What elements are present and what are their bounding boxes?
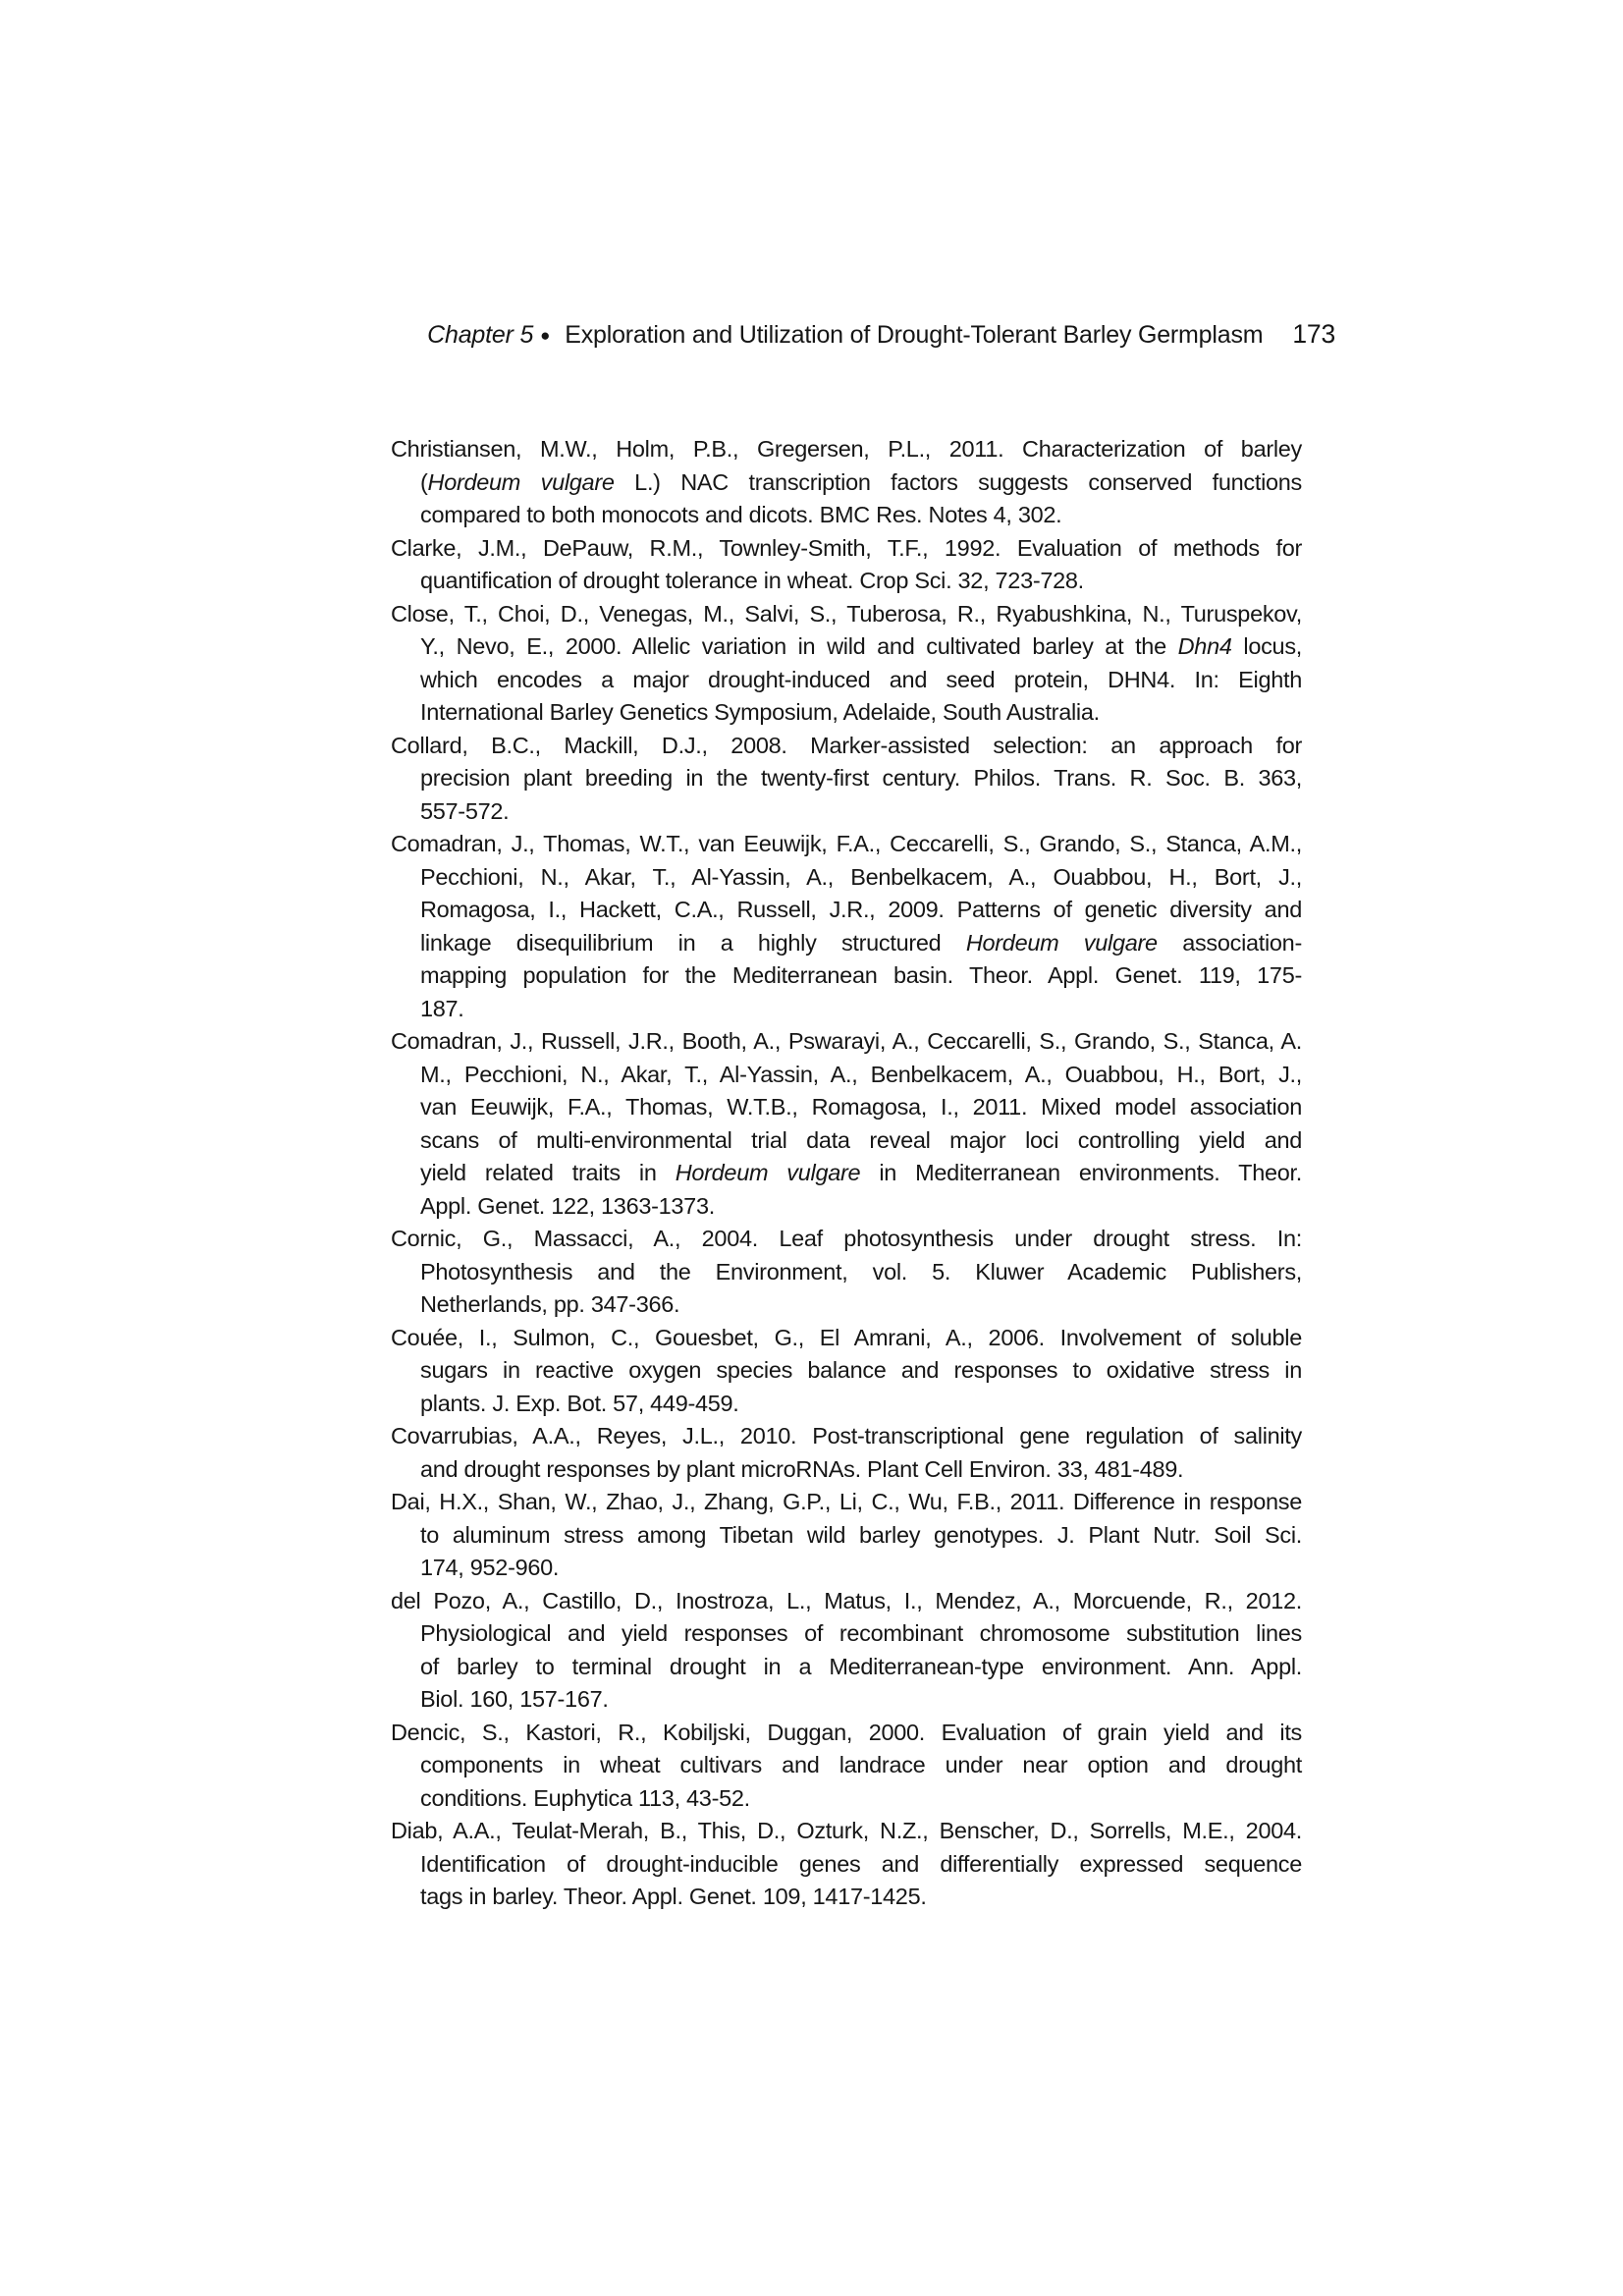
text-segment: Y., Nevo, E., 2000. Allelic variation in… xyxy=(420,633,1178,659)
text-segment: Dencic, S., Kastori, R., Kobiljski, Dugg… xyxy=(391,1720,1302,1745)
text-segment: Close, T., Choi, D., Venegas, M., Salvi,… xyxy=(391,601,1302,627)
reference-line: Romagosa, I., Hackett, C.A., Russell, J.… xyxy=(420,894,1302,927)
text-segment: Physiological and yield responses of rec… xyxy=(420,1620,1302,1646)
text-segment: Comadran, J., Russell, J.R., Booth, A., … xyxy=(391,1028,1302,1054)
text-segment: sugars in reactive oxygen species balanc… xyxy=(420,1357,1302,1383)
reference-line: sugars in reactive oxygen species balanc… xyxy=(420,1354,1302,1388)
text-segment: and drought responses by plant microRNAs… xyxy=(420,1456,1183,1482)
reference-entry: Comadran, J., Thomas, W.T., van Eeuwijk,… xyxy=(391,828,1302,1025)
text-segment: Diab, A.A., Teulat-Merah, B., This, D., … xyxy=(391,1818,1302,1843)
text-segment: Collard, B.C., Mackill, D.J., 2008. Mark… xyxy=(391,733,1302,758)
text-segment: 557-572. xyxy=(420,798,509,824)
running-header: Chapter 5●Exploration and Utilization of… xyxy=(427,317,1335,353)
text-segment: which encodes a major drought-induced an… xyxy=(420,667,1302,692)
text-segment: Appl. Genet. 122, 1363-1373. xyxy=(420,1193,715,1219)
text-segment: of barley to terminal drought in a Medit… xyxy=(420,1654,1302,1679)
reference-line: Appl. Genet. 122, 1363-1373. xyxy=(420,1190,1302,1224)
text-segment: to aluminum stress among Tibetan wild ba… xyxy=(420,1522,1302,1548)
text-segment: Dai, H.X., Shan, W., Zhao, J., Zhang, G.… xyxy=(391,1489,1302,1514)
reference-line: Clarke, J.M., DePauw, R.M., Townley-Smit… xyxy=(391,532,1302,566)
reference-line: Comadran, J., Thomas, W.T., van Eeuwijk,… xyxy=(391,828,1302,861)
reference-line: to aluminum stress among Tibetan wild ba… xyxy=(420,1519,1302,1553)
text-segment: ( xyxy=(420,469,428,495)
reference-line: 187. xyxy=(420,993,1302,1026)
reference-line: conditions. Euphytica 113, 43-52. xyxy=(420,1782,1302,1816)
reference-line: International Barley Genetics Symposium,… xyxy=(420,696,1302,730)
reference-line: tags in barley. Theor. Appl. Genet. 109,… xyxy=(420,1881,1302,1914)
text-segment: del Pozo, A., Castillo, D., Inostroza, L… xyxy=(391,1588,1302,1613)
italic-text-segment: Dhn4 xyxy=(1178,633,1232,659)
text-segment: Covarrubias, A.A., Reyes, J.L., 2010. Po… xyxy=(391,1423,1302,1449)
reference-line: 557-572. xyxy=(420,795,1302,829)
reference-entry: Diab, A.A., Teulat-Merah, B., This, D., … xyxy=(391,1815,1302,1914)
text-segment: locus, xyxy=(1232,633,1302,659)
text-segment: compared to both monocots and dicots. BM… xyxy=(420,502,1061,527)
bullet-separator-icon: ● xyxy=(540,319,550,353)
text-segment: yield related traits in xyxy=(420,1160,676,1185)
reference-entry: Close, T., Choi, D., Venegas, M., Salvi,… xyxy=(391,598,1302,730)
text-segment: M., Pecchioni, N., Akar, T., Al-Yassin, … xyxy=(420,1062,1302,1087)
reference-line: Identification of drought-inducible gene… xyxy=(420,1848,1302,1882)
text-segment: van Eeuwijk, F.A., Thomas, W.T.B., Romag… xyxy=(420,1094,1302,1120)
reference-line: van Eeuwijk, F.A., Thomas, W.T.B., Romag… xyxy=(420,1091,1302,1124)
reference-line: Photosynthesis and the Environment, vol.… xyxy=(420,1256,1302,1289)
reference-entry: Comadran, J., Russell, J.R., Booth, A., … xyxy=(391,1025,1302,1223)
reference-line: Biol. 160, 157-167. xyxy=(420,1683,1302,1717)
text-segment: Couée, I., Sulmon, C., Gouesbet, G., El … xyxy=(391,1325,1302,1350)
text-segment: International Barley Genetics Symposium,… xyxy=(420,699,1100,725)
italic-text-segment: Hordeum vulgare xyxy=(966,930,1158,956)
reference-line: quantification of drought tolerance in w… xyxy=(420,565,1302,598)
text-segment: Photosynthesis and the Environment, vol.… xyxy=(420,1259,1302,1285)
reference-line: Y., Nevo, E., 2000. Allelic variation in… xyxy=(420,630,1302,664)
reference-line: Couée, I., Sulmon, C., Gouesbet, G., El … xyxy=(391,1322,1302,1355)
text-segment: components in wheat cultivars and landra… xyxy=(420,1752,1302,1777)
book-page: Chapter 5●Exploration and Utilization of… xyxy=(0,0,1623,2296)
text-segment: 174, 952-960. xyxy=(420,1555,559,1580)
reference-line: compared to both monocots and dicots. BM… xyxy=(420,499,1302,532)
text-segment: Netherlands, pp. 347-366. xyxy=(420,1291,679,1317)
reference-line: Dencic, S., Kastori, R., Kobiljski, Dugg… xyxy=(391,1717,1302,1750)
reference-line: Pecchioni, N., Akar, T., Al-Yassin, A., … xyxy=(420,861,1302,895)
reference-line: Close, T., Choi, D., Venegas, M., Salvi,… xyxy=(391,598,1302,631)
reference-line: components in wheat cultivars and landra… xyxy=(420,1749,1302,1782)
italic-text-segment: Hordeum vulgare xyxy=(676,1160,861,1185)
text-segment: scans of multi-environmental trial data … xyxy=(420,1127,1302,1153)
reference-line: Diab, A.A., Teulat-Merah, B., This, D., … xyxy=(391,1815,1302,1848)
text-segment: Cornic, G., Massacci, A., 2004. Leaf pho… xyxy=(391,1226,1302,1251)
text-segment: precision plant breeding in the twenty-f… xyxy=(420,765,1302,791)
text-segment: Pecchioni, N., Akar, T., Al-Yassin, A., … xyxy=(420,864,1302,890)
text-segment: Identification of drought-inducible gene… xyxy=(420,1851,1302,1877)
text-segment: Comadran, J., Thomas, W.T., van Eeuwijk,… xyxy=(391,831,1302,856)
text-segment: Clarke, J.M., DePauw, R.M., Townley-Smit… xyxy=(391,535,1302,561)
text-segment: Romagosa, I., Hackett, C.A., Russell, J.… xyxy=(420,897,1302,922)
reference-line: precision plant breeding in the twenty-f… xyxy=(420,762,1302,795)
reference-line: scans of multi-environmental trial data … xyxy=(420,1124,1302,1158)
reference-line: M., Pecchioni, N., Akar, T., Al-Yassin, … xyxy=(420,1059,1302,1092)
reference-line: Physiological and yield responses of rec… xyxy=(420,1617,1302,1651)
reference-line: Covarrubias, A.A., Reyes, J.L., 2010. Po… xyxy=(391,1420,1302,1453)
reference-entry: Collard, B.C., Mackill, D.J., 2008. Mark… xyxy=(391,730,1302,829)
text-segment: association- xyxy=(1158,930,1302,956)
reference-line: which encodes a major drought-induced an… xyxy=(420,664,1302,697)
text-segment: Christiansen, M.W., Holm, P.B., Gregerse… xyxy=(391,436,1302,462)
reference-line: mapping population for the Mediterranean… xyxy=(420,959,1302,993)
reference-entry: Couée, I., Sulmon, C., Gouesbet, G., El … xyxy=(391,1322,1302,1421)
reference-line: (Hordeum vulgare L.) NAC transcription f… xyxy=(420,466,1302,500)
reference-line: yield related traits in Hordeum vulgare … xyxy=(420,1157,1302,1190)
page-number: 173 xyxy=(1292,319,1335,349)
reference-entry: Christiansen, M.W., Holm, P.B., Gregerse… xyxy=(391,433,1302,532)
reference-line: Christiansen, M.W., Holm, P.B., Gregerse… xyxy=(391,433,1302,466)
reference-entry: Clarke, J.M., DePauw, R.M., Townley-Smit… xyxy=(391,532,1302,598)
reference-line: 174, 952-960. xyxy=(420,1552,1302,1585)
reference-line: Collard, B.C., Mackill, D.J., 2008. Mark… xyxy=(391,730,1302,763)
text-segment: plants. J. Exp. Bot. 57, 449-459. xyxy=(420,1391,739,1416)
header-title: Exploration and Utilization of Drought-T… xyxy=(565,321,1263,349)
reference-line: linkage disequilibrium in a highly struc… xyxy=(420,927,1302,960)
reference-entry: Dai, H.X., Shan, W., Zhao, J., Zhang, G.… xyxy=(391,1486,1302,1585)
reference-line: and drought responses by plant microRNAs… xyxy=(420,1453,1302,1487)
text-segment: quantification of drought tolerance in w… xyxy=(420,568,1084,593)
text-segment: Biol. 160, 157-167. xyxy=(420,1686,609,1712)
chapter-label: Chapter 5 xyxy=(427,321,533,349)
text-segment: L.) NAC transcription factors suggests c… xyxy=(615,469,1302,495)
references-list: Christiansen, M.W., Holm, P.B., Gregerse… xyxy=(391,433,1302,1914)
reference-line: Comadran, J., Russell, J.R., Booth, A., … xyxy=(391,1025,1302,1059)
reference-entry: Cornic, G., Massacci, A., 2004. Leaf pho… xyxy=(391,1223,1302,1322)
reference-entry: Dencic, S., Kastori, R., Kobiljski, Dugg… xyxy=(391,1717,1302,1816)
text-segment: mapping population for the Mediterranean… xyxy=(420,962,1302,988)
reference-line: del Pozo, A., Castillo, D., Inostroza, L… xyxy=(391,1585,1302,1618)
reference-line: Netherlands, pp. 347-366. xyxy=(420,1288,1302,1322)
text-segment: tags in barley. Theor. Appl. Genet. 109,… xyxy=(420,1884,927,1909)
italic-text-segment: Hordeum vulgare xyxy=(428,469,615,495)
reference-line: Dai, H.X., Shan, W., Zhao, J., Zhang, G.… xyxy=(391,1486,1302,1519)
reference-entry: Covarrubias, A.A., Reyes, J.L., 2010. Po… xyxy=(391,1420,1302,1486)
text-segment: 187. xyxy=(420,996,464,1021)
reference-entry: del Pozo, A., Castillo, D., Inostroza, L… xyxy=(391,1585,1302,1717)
reference-line: Cornic, G., Massacci, A., 2004. Leaf pho… xyxy=(391,1223,1302,1256)
reference-line: plants. J. Exp. Bot. 57, 449-459. xyxy=(420,1388,1302,1421)
text-segment: in Mediterranean environments. Theor. xyxy=(860,1160,1302,1185)
text-segment: linkage disequilibrium in a highly struc… xyxy=(420,930,966,956)
text-segment: conditions. Euphytica 113, 43-52. xyxy=(420,1785,750,1811)
reference-line: of barley to terminal drought in a Medit… xyxy=(420,1651,1302,1684)
